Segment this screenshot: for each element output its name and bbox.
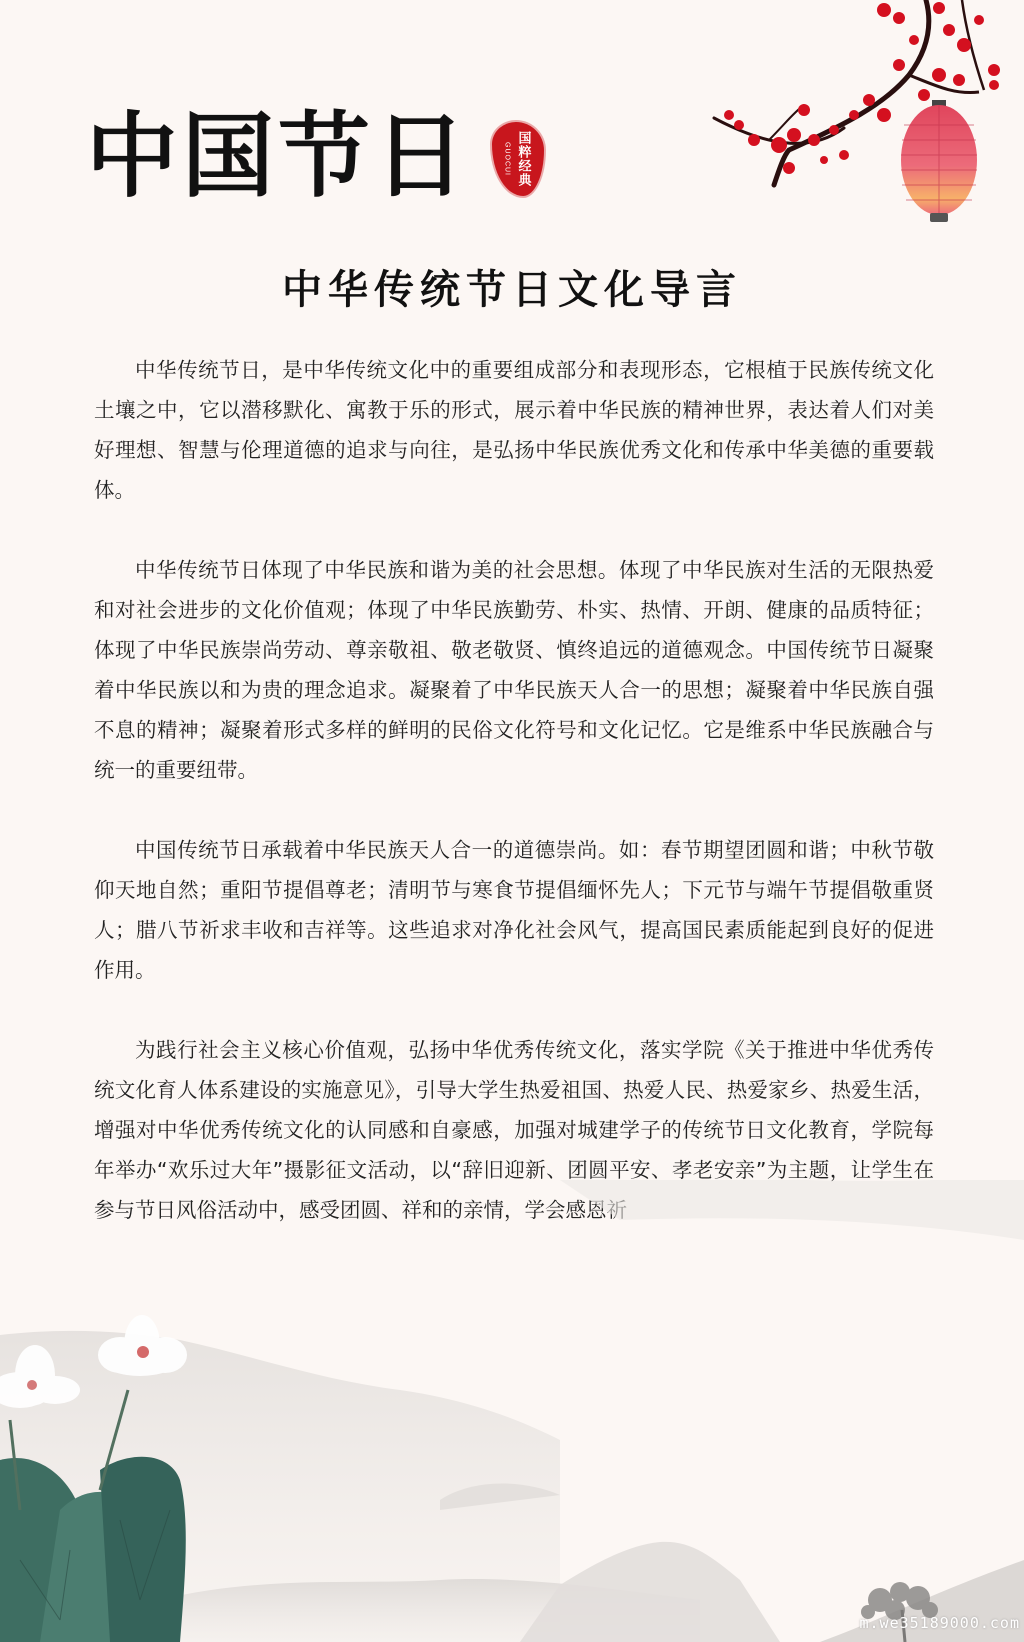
paragraph-morality: 中国传统节日承载着中华民族天人合一的道德崇尚。如：春节期望团圆和谐；中秋节敬仰天… — [94, 830, 934, 990]
plum-blossom-lantern-icon — [694, 0, 1024, 240]
paragraph-intro: 中华传统节日，是中华传统文化中的重要组成部分和表现形态，它根植于民族传统文化土壤… — [94, 350, 934, 510]
article-heading: 中华传统节日文化导言 — [0, 258, 1024, 315]
article-body: 中华传统节日，是中华传统文化中的重要组成部分和表现形态，它根植于民族传统文化土壤… — [94, 350, 934, 1270]
seal-pinyin-text: GUOCUI — [504, 142, 511, 176]
ink-landscape-lotus-icon — [0, 1180, 1024, 1642]
seal-stamp-icon: 国粹经典 GUOCUI — [492, 122, 544, 196]
poster-page: 中国节日 国粹经典 GUOCUI — [0, 0, 1024, 1642]
seal-chinese-text: 国粹经典 — [514, 131, 533, 187]
brand-title: 中国节日 — [86, 110, 470, 202]
brand-header: 中国节日 国粹经典 GUOCUI — [86, 110, 544, 202]
watermark-text: m.we35189000.com — [860, 1614, 1021, 1632]
paragraph-harmony: 中华传统节日体现了中华民族和谐为美的社会思想。体现了中华民族对生活的无限热爱和对… — [94, 550, 934, 790]
